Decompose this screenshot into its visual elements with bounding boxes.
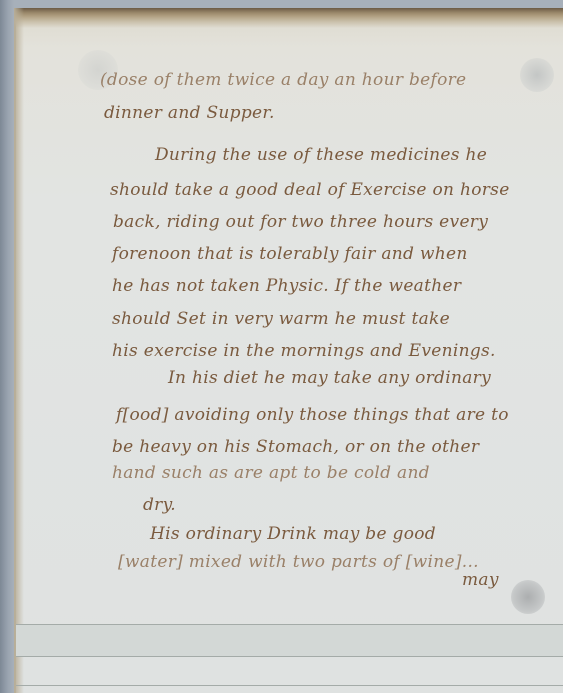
text-line: may	[462, 570, 499, 590]
text-line: During the use of these medicines he	[155, 145, 487, 165]
text-line: f[ood] avoiding only those things that a…	[116, 405, 509, 425]
text-line: dinner and Supper.	[104, 103, 275, 123]
text-line: back, riding out for two three hours eve…	[113, 212, 488, 232]
library-stamp-bottom-right	[511, 580, 545, 614]
text-line: (dose of them twice a day an hour before	[100, 70, 466, 90]
page-fold-line-3	[16, 685, 563, 686]
page-left-edge	[14, 8, 24, 693]
text-line: dry.	[143, 495, 176, 515]
text-line: should take a good deal of Exercise on h…	[110, 180, 510, 200]
page-fold-band	[16, 624, 563, 656]
text-line: His ordinary Drink may be good	[150, 524, 436, 544]
page-top-edge-stain	[14, 8, 563, 28]
text-line: hand such as are apt to be cold and	[112, 463, 430, 483]
text-line: his exercise in the mornings and Evening…	[112, 341, 496, 361]
text-line: be heavy on his Stomach, or on the other	[112, 437, 479, 457]
text-line: In his diet he may take any ordinary	[168, 368, 491, 388]
page-fold-line-1	[16, 624, 563, 625]
page-fold-line-2	[16, 656, 563, 657]
library-stamp-top-right	[520, 58, 554, 92]
text-line: [water] mixed with two parts of [wine]..…	[118, 552, 479, 572]
text-line: he has not taken Physic. If the weather	[112, 276, 461, 296]
text-line: should Set in very warm he must take	[112, 309, 450, 329]
text-line: forenoon that is tolerably fair and when	[112, 244, 468, 264]
